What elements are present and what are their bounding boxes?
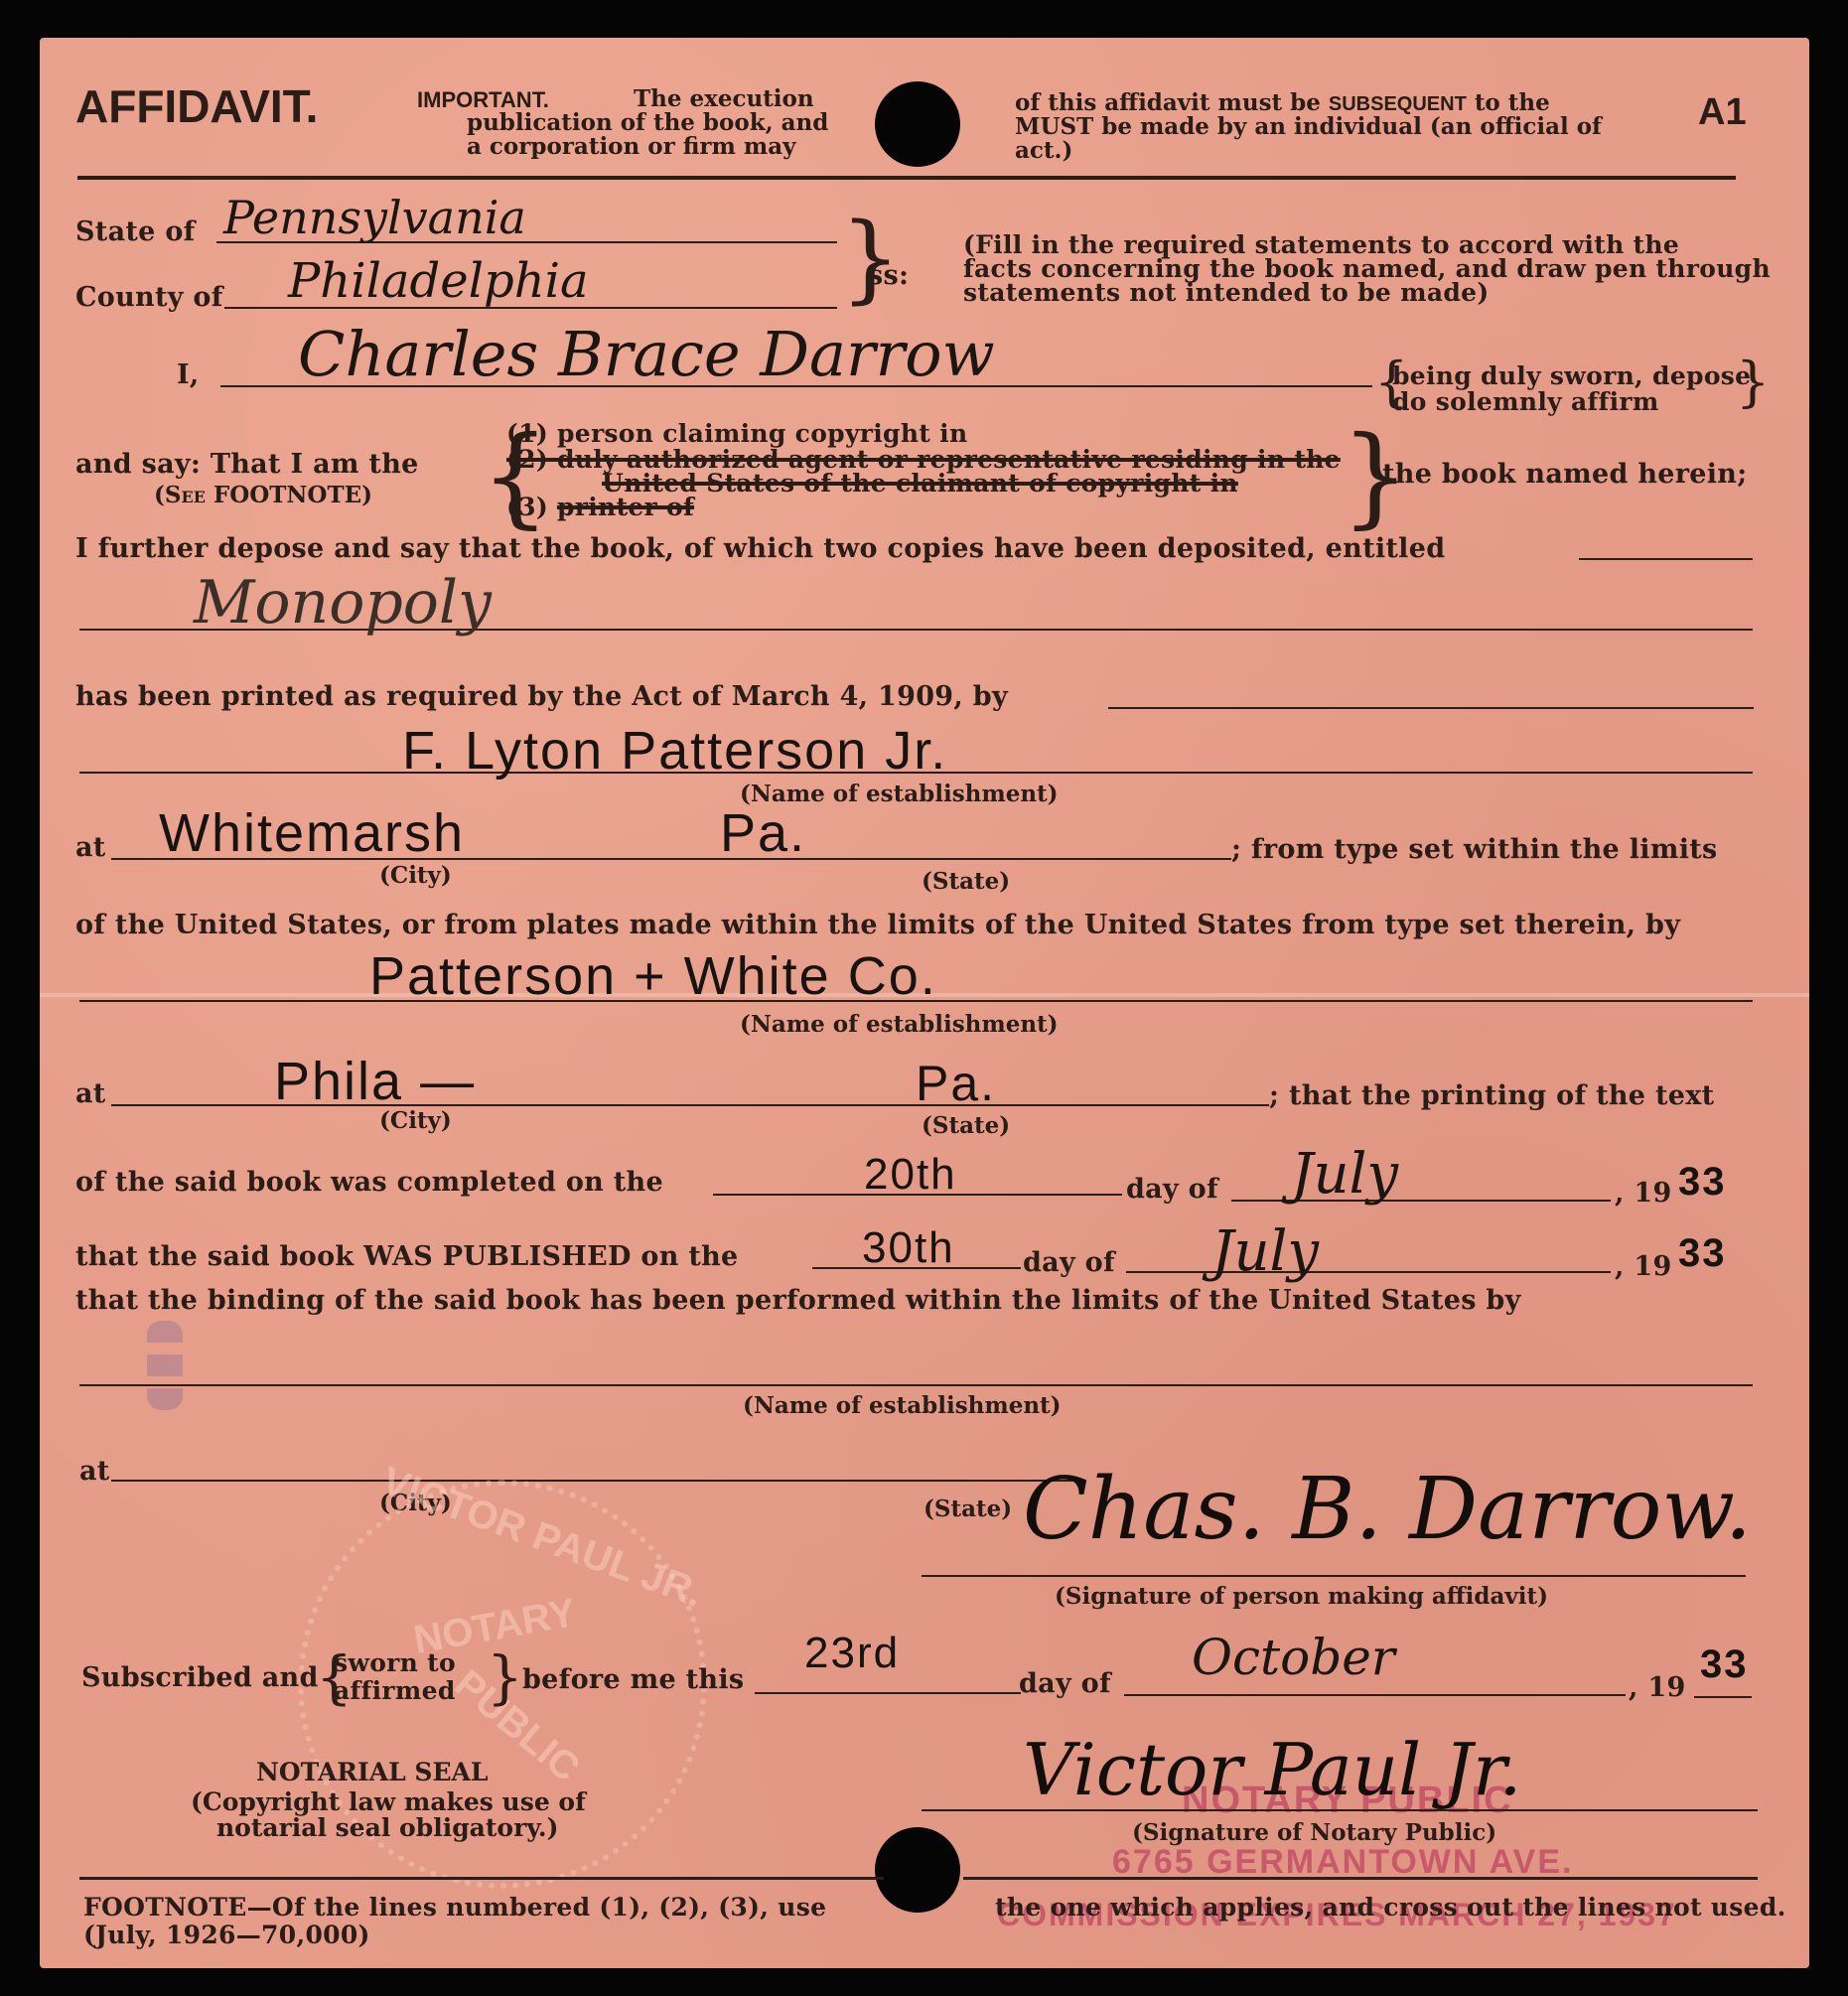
notary-day[interactable]: 23rd [804,1629,900,1678]
important-text-4: of this affidavit must be SUBSEQUENT to … [1015,89,1550,116]
notary-year-line [1694,1696,1752,1698]
notary-day-of: day of [1019,1668,1111,1699]
printer-city-caption: (City) [379,862,452,889]
binding-state[interactable] [616,1440,1013,1476]
capacity-suffix: the book named herein; [1382,459,1748,490]
completed-month-line [1231,1200,1611,1202]
notarial-seal-note-1: (Copyright law makes use of [191,1787,586,1816]
notary-oath-sworn: sworn to [334,1648,456,1677]
binding-location-line [111,1480,1074,1482]
notary-month-line [1124,1694,1626,1696]
printer-state-caption: (State) [922,868,1010,895]
notary-month[interactable]: October [1192,1629,1395,1686]
completed-label: of the said book was completed on the [75,1167,663,1198]
ss-label: ss: [868,260,909,291]
capacity-option-1: (1) person claiming copyright in [506,419,967,448]
printing-intro-line [1108,707,1754,709]
binding-city[interactable] [149,1440,546,1476]
plates-at-label: at [75,1078,106,1109]
capacity-option-2-cont: United States of the claimant of copyrig… [602,469,1238,498]
affiant-signature-caption: (Signature of person making affidavit) [1055,1583,1548,1610]
county-label: County of [75,282,223,313]
published-month[interactable]: July [1211,1219,1319,1284]
binding-name-caption: (Name of establishment) [743,1392,1062,1419]
before-me-label: before me this [522,1664,744,1695]
book-title[interactable]: Monopoly [194,568,492,638]
oath-option-affirm: do solemnly affirm [1392,387,1659,416]
county-value[interactable]: Philadelphia [288,253,589,309]
affiant-signature-line [922,1575,1746,1577]
footnote-left: FOOTNOTE—Of the lines numbered (1), (2),… [83,1893,826,1922]
published-day-of: day of [1023,1247,1115,1278]
binding-at-label: at [79,1456,110,1487]
form-number: A1 [1698,91,1747,134]
subscribed-label: Subscribed and [81,1662,319,1693]
important-text-6: act.) [1015,137,1072,164]
state-label: State of [75,216,196,247]
binding-name[interactable] [397,1341,1291,1380]
binding-text: that the binding of the said book has be… [75,1285,1521,1316]
header-divider [77,176,1736,180]
print-info: (July, 1926—70,000) [83,1921,370,1949]
completed-month[interactable]: July [1291,1142,1398,1207]
binding-name-line [79,1384,1753,1386]
important-text-3: a corporation or firm may [467,133,796,160]
notarial-seal-note-2: notarial seal obligatory.) [216,1813,558,1842]
affiant-name[interactable]: Charles Brace Darrow [298,318,995,390]
completed-year-prefix: , 19 [1615,1178,1672,1209]
important-text-1: The execution [634,85,814,112]
notary-signature-caption: (Signature of Notary Public) [1132,1819,1496,1846]
notary-oath-brace-right: } [487,1648,523,1706]
state-value[interactable]: Pennsylvania [223,191,526,244]
notary-year-prefix: , 19 [1629,1672,1686,1703]
subsequent-emphasis: SUBSEQUENT [1329,93,1467,115]
completed-year[interactable]: 33 [1678,1160,1727,1205]
oath-brace-right: } [1736,356,1770,409]
footnote-divider-left [79,1877,884,1880]
printing-intro: has been printed as required by the Act … [75,681,1008,712]
plates-city-caption: (City) [379,1107,452,1134]
plates-name[interactable]: Patterson + White Co. [369,945,937,1007]
book-intro: I further depose and say that the book, … [75,533,1445,564]
footnote-divider-right [963,1877,1758,1880]
book-intro-line [1579,558,1753,560]
punch-hole-bottom [875,1827,960,1913]
notary-year[interactable]: 33 [1700,1642,1749,1687]
oath-option-depose: being duly sworn, depose [1392,361,1751,390]
binding-state-caption: (State) [924,1496,1012,1522]
important-text-2: publication of the book, and [467,109,828,136]
notary-day-line [755,1692,1021,1694]
published-label: that the said book WAS PUBLISHED on the [75,1241,739,1272]
printer-at-label: at [75,832,106,863]
published-day[interactable]: 30th [862,1223,955,1273]
plates-name-caption: (Name of establishment) [740,1011,1059,1038]
completed-day-of: day of [1126,1174,1218,1205]
completed-day[interactable]: 20th [864,1150,957,1200]
published-year-prefix: , 19 [1615,1251,1672,1282]
instructions-3: statements not intended to be made) [963,278,1490,307]
published-year[interactable]: 33 [1678,1231,1727,1276]
see-footnote: (See FOOTNOTE) [154,482,372,508]
printing-continuation: of the United States, or from plates mad… [75,910,1680,940]
plates-suffix: ; that the printing of the text [1269,1080,1714,1111]
form-title: AFFIDAVIT. [75,79,318,133]
venue-brace: } [840,211,901,306]
plates-state[interactable]: Pa. [916,1055,996,1112]
affiant-prefix: I, [177,359,200,390]
capacity-option-3: (3) printer of [506,493,694,521]
published-month-line [1126,1271,1611,1273]
faint-stamp-marks [147,1321,183,1410]
printer-suffix: ; from type set within the limits [1231,834,1718,865]
plates-city[interactable]: Phila — [274,1051,476,1112]
notarial-seal-title: NOTARIAL SEAL [256,1758,489,1786]
notary-oath-affirmed: affirmed [334,1676,456,1705]
printer-state[interactable]: Pa. [720,802,806,864]
plates-state-caption: (State) [922,1112,1010,1139]
printer-name[interactable]: F. Lyton Patterson Jr. [402,720,947,782]
affiant-signature[interactable]: Chas. B. Darrow. [1023,1460,1752,1559]
capacity-label: and say: That I am the [75,449,419,480]
notary-signature[interactable]: Victor Paul Jr. [1023,1728,1521,1811]
footnote-right: the one which applies, and cross out the… [995,1893,1786,1922]
printer-city[interactable]: Whitemarsh [159,802,465,864]
important-text-5: MUST be made by an individual (an offici… [1015,113,1602,140]
punch-hole-top [875,81,960,167]
